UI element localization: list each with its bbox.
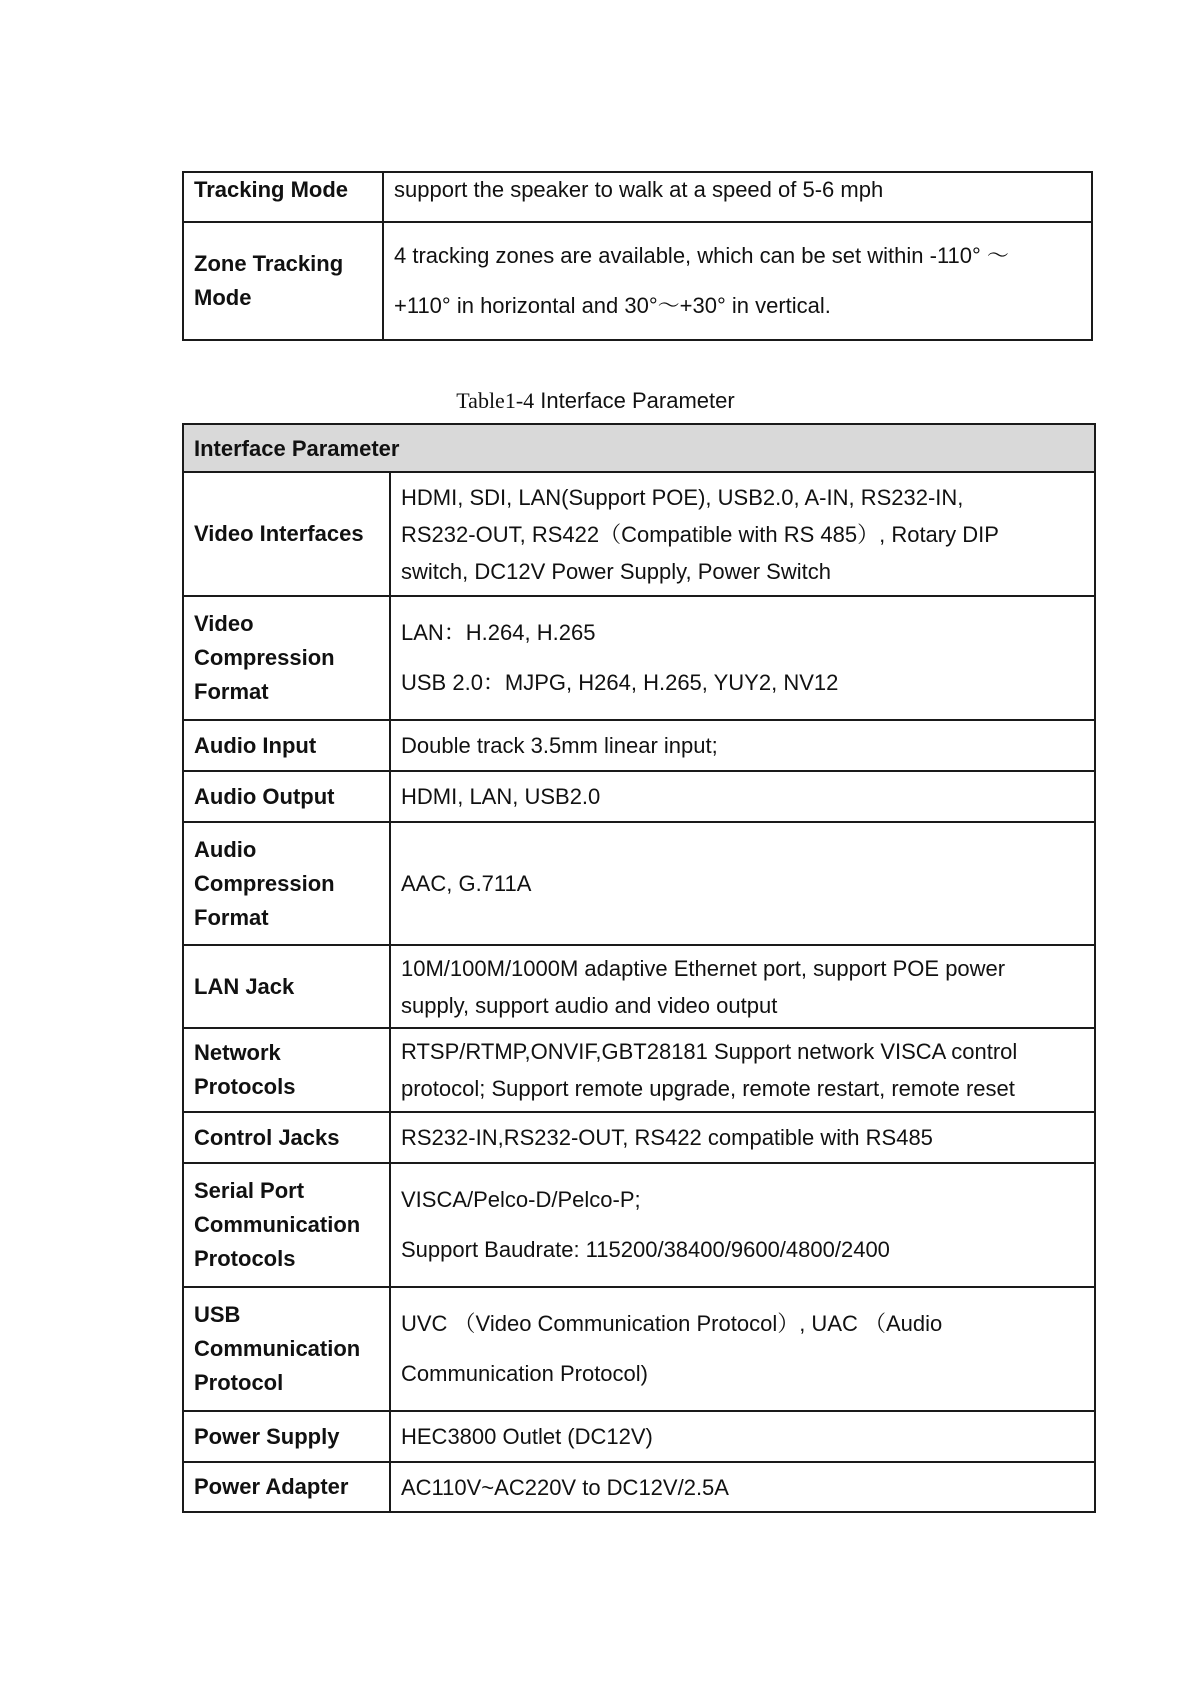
row-label: VideoCompressionFormat	[183, 596, 390, 720]
row-value: Double track 3.5mm linear input;	[390, 720, 1095, 771]
label-line: Power Adapter	[194, 1470, 379, 1504]
label-line: Serial Port	[194, 1174, 379, 1208]
label-line: Tracking Mode	[194, 173, 372, 207]
label-line: Control Jacks	[194, 1121, 379, 1155]
label-line: Audio Input	[194, 729, 379, 763]
row-label: Power Adapter	[183, 1462, 390, 1512]
row-label: NetworkProtocols	[183, 1028, 390, 1112]
label-line: Video	[194, 607, 379, 641]
row-label: Audio Input	[183, 720, 390, 771]
table-row: Power SupplyHEC3800 Outlet (DC12V)	[183, 1411, 1095, 1462]
table-row: Serial PortCommunicationProtocolsVISCA/P…	[183, 1163, 1095, 1287]
table-row: Control JacksRS232-IN,RS232-OUT, RS422 c…	[183, 1112, 1095, 1163]
value-line: LAN：H.264, H.265	[401, 608, 1084, 658]
row-value: 4 tracking zones are available, which ca…	[383, 222, 1092, 340]
label-line: USB	[194, 1298, 379, 1332]
label-line: Protocols	[194, 1242, 379, 1276]
label-line: Mode	[194, 281, 372, 315]
label-line: LAN Jack	[194, 970, 379, 1004]
tracking-table: Tracking Mode support the speaker to wal…	[182, 171, 1093, 341]
table-row: NetworkProtocolsRTSP/RTMP,ONVIF,GBT28181…	[183, 1028, 1095, 1112]
row-value: support the speaker to walk at a speed o…	[383, 172, 1092, 222]
value-line: HEC3800 Outlet (DC12V)	[401, 1418, 1084, 1455]
value-line: RTSP/RTMP,ONVIF,GBT28181 Support network…	[401, 1033, 1084, 1070]
table-row: Video InterfacesHDMI, SDI, LAN(Support P…	[183, 472, 1095, 596]
row-value: LAN：H.264, H.265USB 2.0：MJPG, H264, H.26…	[390, 596, 1095, 720]
value-line: RS232-OUT, RS422（Compatible with RS 485）…	[401, 516, 1084, 553]
table-caption: Table1-4 Interface Parameter	[0, 388, 1191, 414]
table-row: USBCommunicationProtocolUVC （Video Commu…	[183, 1287, 1095, 1411]
table-row: AudioCompressionFormatAAC, G.711A	[183, 822, 1095, 945]
label-line: Communication	[194, 1208, 379, 1242]
value-line: HDMI, LAN, USB2.0	[401, 778, 1084, 815]
table-row: Tracking Mode support the speaker to wal…	[183, 172, 1092, 222]
label-line: Network	[194, 1036, 379, 1070]
table-row: Audio OutputHDMI, LAN, USB2.0	[183, 771, 1095, 822]
table-header: Interface Parameter	[183, 424, 1095, 472]
label-line: Compression	[194, 641, 379, 675]
row-value: HDMI, SDI, LAN(Support POE), USB2.0, A-I…	[390, 472, 1095, 596]
label-line: Power Supply	[194, 1420, 379, 1454]
value-line: Support Baudrate: 115200/38400/9600/4800…	[401, 1225, 1084, 1275]
label-line: Audio	[194, 833, 379, 867]
row-label: Control Jacks	[183, 1112, 390, 1163]
label-line: Protocols	[194, 1070, 379, 1104]
label-line: Zone Tracking	[194, 247, 372, 281]
table-row: Audio InputDouble track 3.5mm linear inp…	[183, 720, 1095, 771]
row-value: HDMI, LAN, USB2.0	[390, 771, 1095, 822]
value-line: protocol; Support remote upgrade, remote…	[401, 1070, 1084, 1107]
row-label: Tracking Mode	[183, 172, 383, 222]
row-value: 10M/100M/1000M adaptive Ethernet port, s…	[390, 945, 1095, 1028]
row-value: UVC （Video Communication Protocol）, UAC …	[390, 1287, 1095, 1411]
value-line: support the speaker to walk at a speed o…	[394, 173, 1081, 207]
value-line: switch, DC12V Power Supply, Power Switch	[401, 553, 1084, 590]
caption-title: Interface Parameter	[534, 388, 735, 413]
caption-number: Table1-4	[456, 388, 534, 413]
table-row: LAN Jack10M/100M/1000M adaptive Ethernet…	[183, 945, 1095, 1028]
value-line: HDMI, SDI, LAN(Support POE), USB2.0, A-I…	[401, 479, 1084, 516]
value-line: +110° in horizontal and 30°～+30° in vert…	[394, 281, 1081, 331]
value-line: UVC （Video Communication Protocol）, UAC …	[401, 1299, 1084, 1349]
interface-parameter-table: Interface Parameter Video InterfacesHDMI…	[182, 423, 1096, 1513]
row-label: AudioCompressionFormat	[183, 822, 390, 945]
row-value: VISCA/Pelco-D/Pelco-P;Support Baudrate: …	[390, 1163, 1095, 1287]
label-line: Communication	[194, 1332, 379, 1366]
label-line: Audio Output	[194, 780, 379, 814]
row-label: Zone Tracking Mode	[183, 222, 383, 340]
value-line: AC110V~AC220V to DC12V/2.5A	[401, 1469, 1084, 1506]
row-label: Video Interfaces	[183, 472, 390, 596]
table-row: Power AdapterAC110V~AC220V to DC12V/2.5A	[183, 1462, 1095, 1512]
row-value: RS232-IN,RS232-OUT, RS422 compatible wit…	[390, 1112, 1095, 1163]
row-value: RTSP/RTMP,ONVIF,GBT28181 Support network…	[390, 1028, 1095, 1112]
value-line: USB 2.0：MJPG, H264, H.265, YUY2, NV12	[401, 658, 1084, 708]
table-row: Zone Tracking Mode 4 tracking zones are …	[183, 222, 1092, 340]
label-line: Format	[194, 675, 379, 709]
value-line: 10M/100M/1000M adaptive Ethernet port, s…	[401, 950, 1084, 987]
row-label: Serial PortCommunicationProtocols	[183, 1163, 390, 1287]
row-value: HEC3800 Outlet (DC12V)	[390, 1411, 1095, 1462]
table-header-row: Interface Parameter	[183, 424, 1095, 472]
value-line: Double track 3.5mm linear input;	[401, 727, 1084, 764]
value-line: supply, support audio and video output	[401, 987, 1084, 1024]
value-line: Communication Protocol)	[401, 1349, 1084, 1399]
label-line: Compression	[194, 867, 379, 901]
value-line: AAC, G.711A	[401, 865, 1084, 902]
row-value: AC110V~AC220V to DC12V/2.5A	[390, 1462, 1095, 1512]
label-line: Format	[194, 901, 379, 935]
value-line: 4 tracking zones are available, which ca…	[394, 231, 1081, 281]
table-row: VideoCompressionFormatLAN：H.264, H.265US…	[183, 596, 1095, 720]
value-line: RS232-IN,RS232-OUT, RS422 compatible wit…	[401, 1119, 1084, 1156]
row-label: USBCommunicationProtocol	[183, 1287, 390, 1411]
row-label: LAN Jack	[183, 945, 390, 1028]
value-line: VISCA/Pelco-D/Pelco-P;	[401, 1175, 1084, 1225]
row-value: AAC, G.711A	[390, 822, 1095, 945]
label-line: Protocol	[194, 1366, 379, 1400]
row-label: Power Supply	[183, 1411, 390, 1462]
label-line: Video Interfaces	[194, 517, 379, 551]
row-label: Audio Output	[183, 771, 390, 822]
